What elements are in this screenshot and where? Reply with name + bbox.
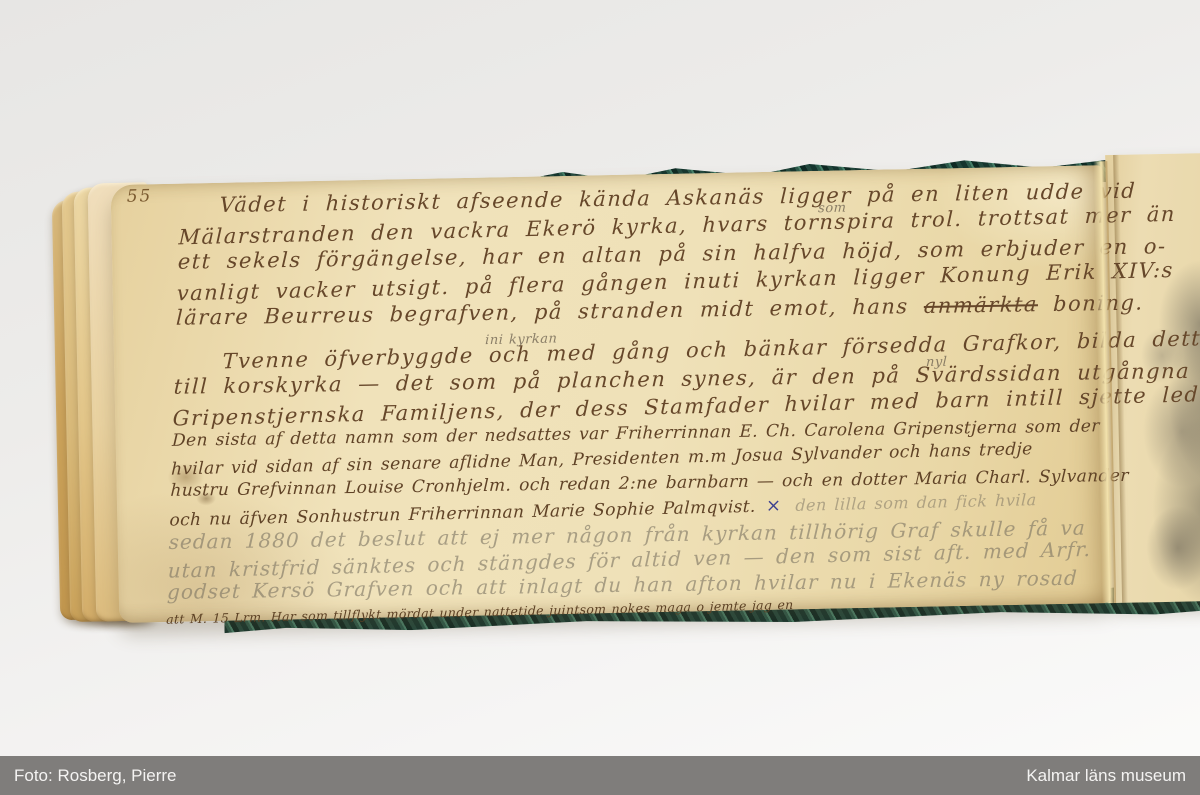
left-page: 55 Vädet i historiskt afseende kända Ask… [111,165,1112,623]
handwriting-text: boning. [1038,291,1144,317]
strikethrough-word: anmärkta [923,292,1038,318]
blue-cross-mark: × [756,495,782,517]
museum-credit: Kalmar läns museum [1026,766,1200,786]
pencil-fragment: den lilla som dan fick hvila [781,490,1037,515]
pencil-insertion-som: som [818,195,847,224]
journal-book: 55 Vädet i historiskt afseende kända Ask… [66,164,1165,641]
pencil-insertion-ini-kyrkan: ini kyrkan [485,325,558,355]
photo-stage: 55 Vädet i historiskt afseende kända Ask… [0,0,1200,795]
handwriting-block: Vädet i historiskt afseende kända Askanä… [166,175,1120,625]
footer-bar: Foto: Rosberg, Pierre Kalmar läns museum [0,756,1200,795]
pencil-insertion-nyl: nyl [925,349,947,377]
page-number: 55 [127,186,153,207]
photo-credit: Foto: Rosberg, Pierre [0,766,177,786]
